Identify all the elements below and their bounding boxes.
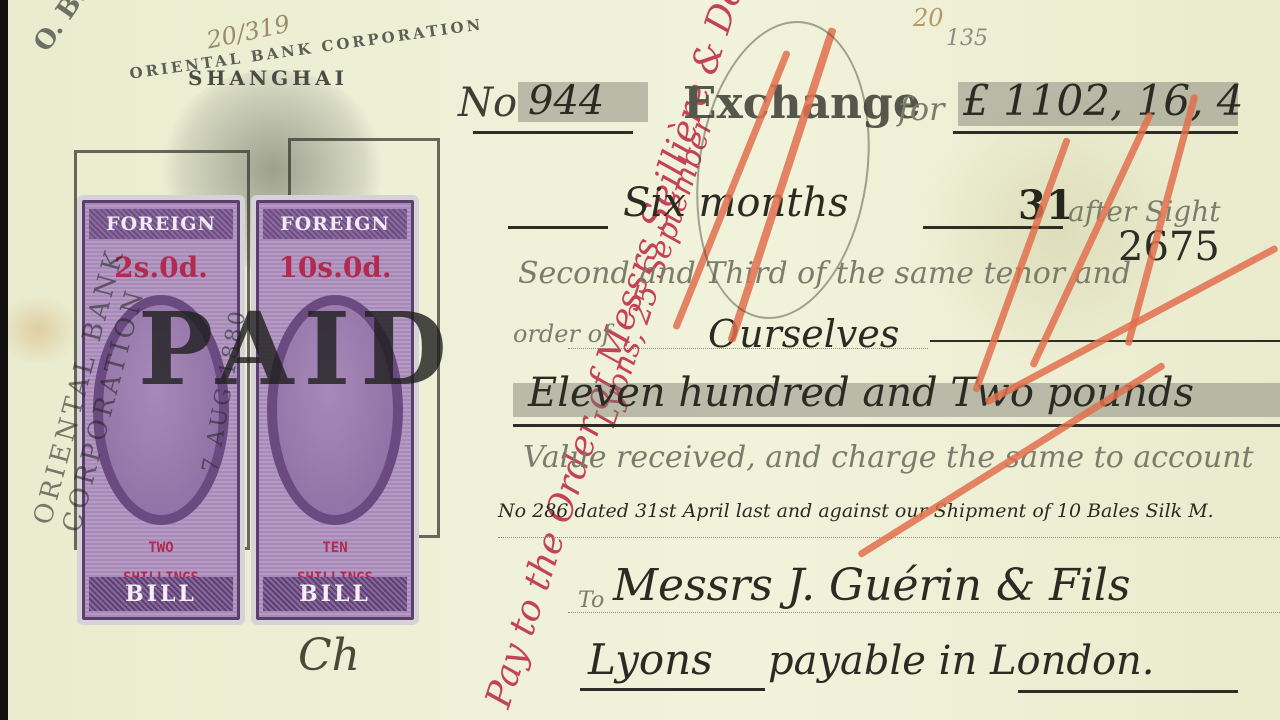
- stamp-number: 2675: [1118, 224, 1220, 270]
- bill-number-prefix: No: [458, 80, 517, 126]
- stamp-footer: BILL: [89, 577, 233, 611]
- stamp-value: 10s.0d.: [259, 251, 411, 284]
- advice-line: No 286 dated 31st April last and against…: [498, 500, 1214, 522]
- amount-words-rule: [513, 424, 1280, 427]
- revenue-stamp-ten-shillings: FOREIGN 10s.0d. TEN SHILLINGS BILL: [256, 200, 414, 620]
- place-rule: [580, 688, 765, 691]
- for-label: for: [898, 90, 944, 128]
- tenor-rule-left: [508, 226, 608, 229]
- stamp-words: TEN: [259, 533, 411, 563]
- stamp-words: TWO: [85, 533, 237, 563]
- initials-signature: Ch: [298, 630, 360, 681]
- amount-rule: [953, 131, 1238, 134]
- drawee: Messrs J. Guérin & Fils: [613, 560, 1130, 611]
- payee-dotted-line: [568, 348, 928, 349]
- bill-of-exchange-document: O. B. C. ORIENTAL BANK CORPORATION SHANG…: [8, 0, 1280, 720]
- amount-figure: £ 1102, 16, 4: [963, 76, 1244, 125]
- bill-number: 944: [528, 78, 604, 124]
- corner-note-1: 20: [913, 4, 944, 32]
- drawee-dotted-line: [568, 612, 1280, 613]
- number-rule: [473, 131, 633, 134]
- london-rule: [1018, 690, 1238, 693]
- place: Lyons: [588, 635, 713, 684]
- stamp-footer: BILL: [263, 577, 407, 611]
- printed-value-received: Value received, and charge the same to a…: [523, 440, 1254, 475]
- payable-in-london: payable in London.: [768, 638, 1155, 684]
- bank-seal-initials: O. B. C.: [28, 0, 115, 57]
- paid-stamp: PAID: [138, 290, 457, 408]
- pay-label: order of: [513, 320, 611, 348]
- to-label: To: [578, 588, 604, 613]
- stamp-header: FOREIGN: [263, 209, 407, 239]
- corner-note-2: 135: [946, 26, 988, 51]
- bank-seal-city: SHANGHAI: [188, 66, 348, 90]
